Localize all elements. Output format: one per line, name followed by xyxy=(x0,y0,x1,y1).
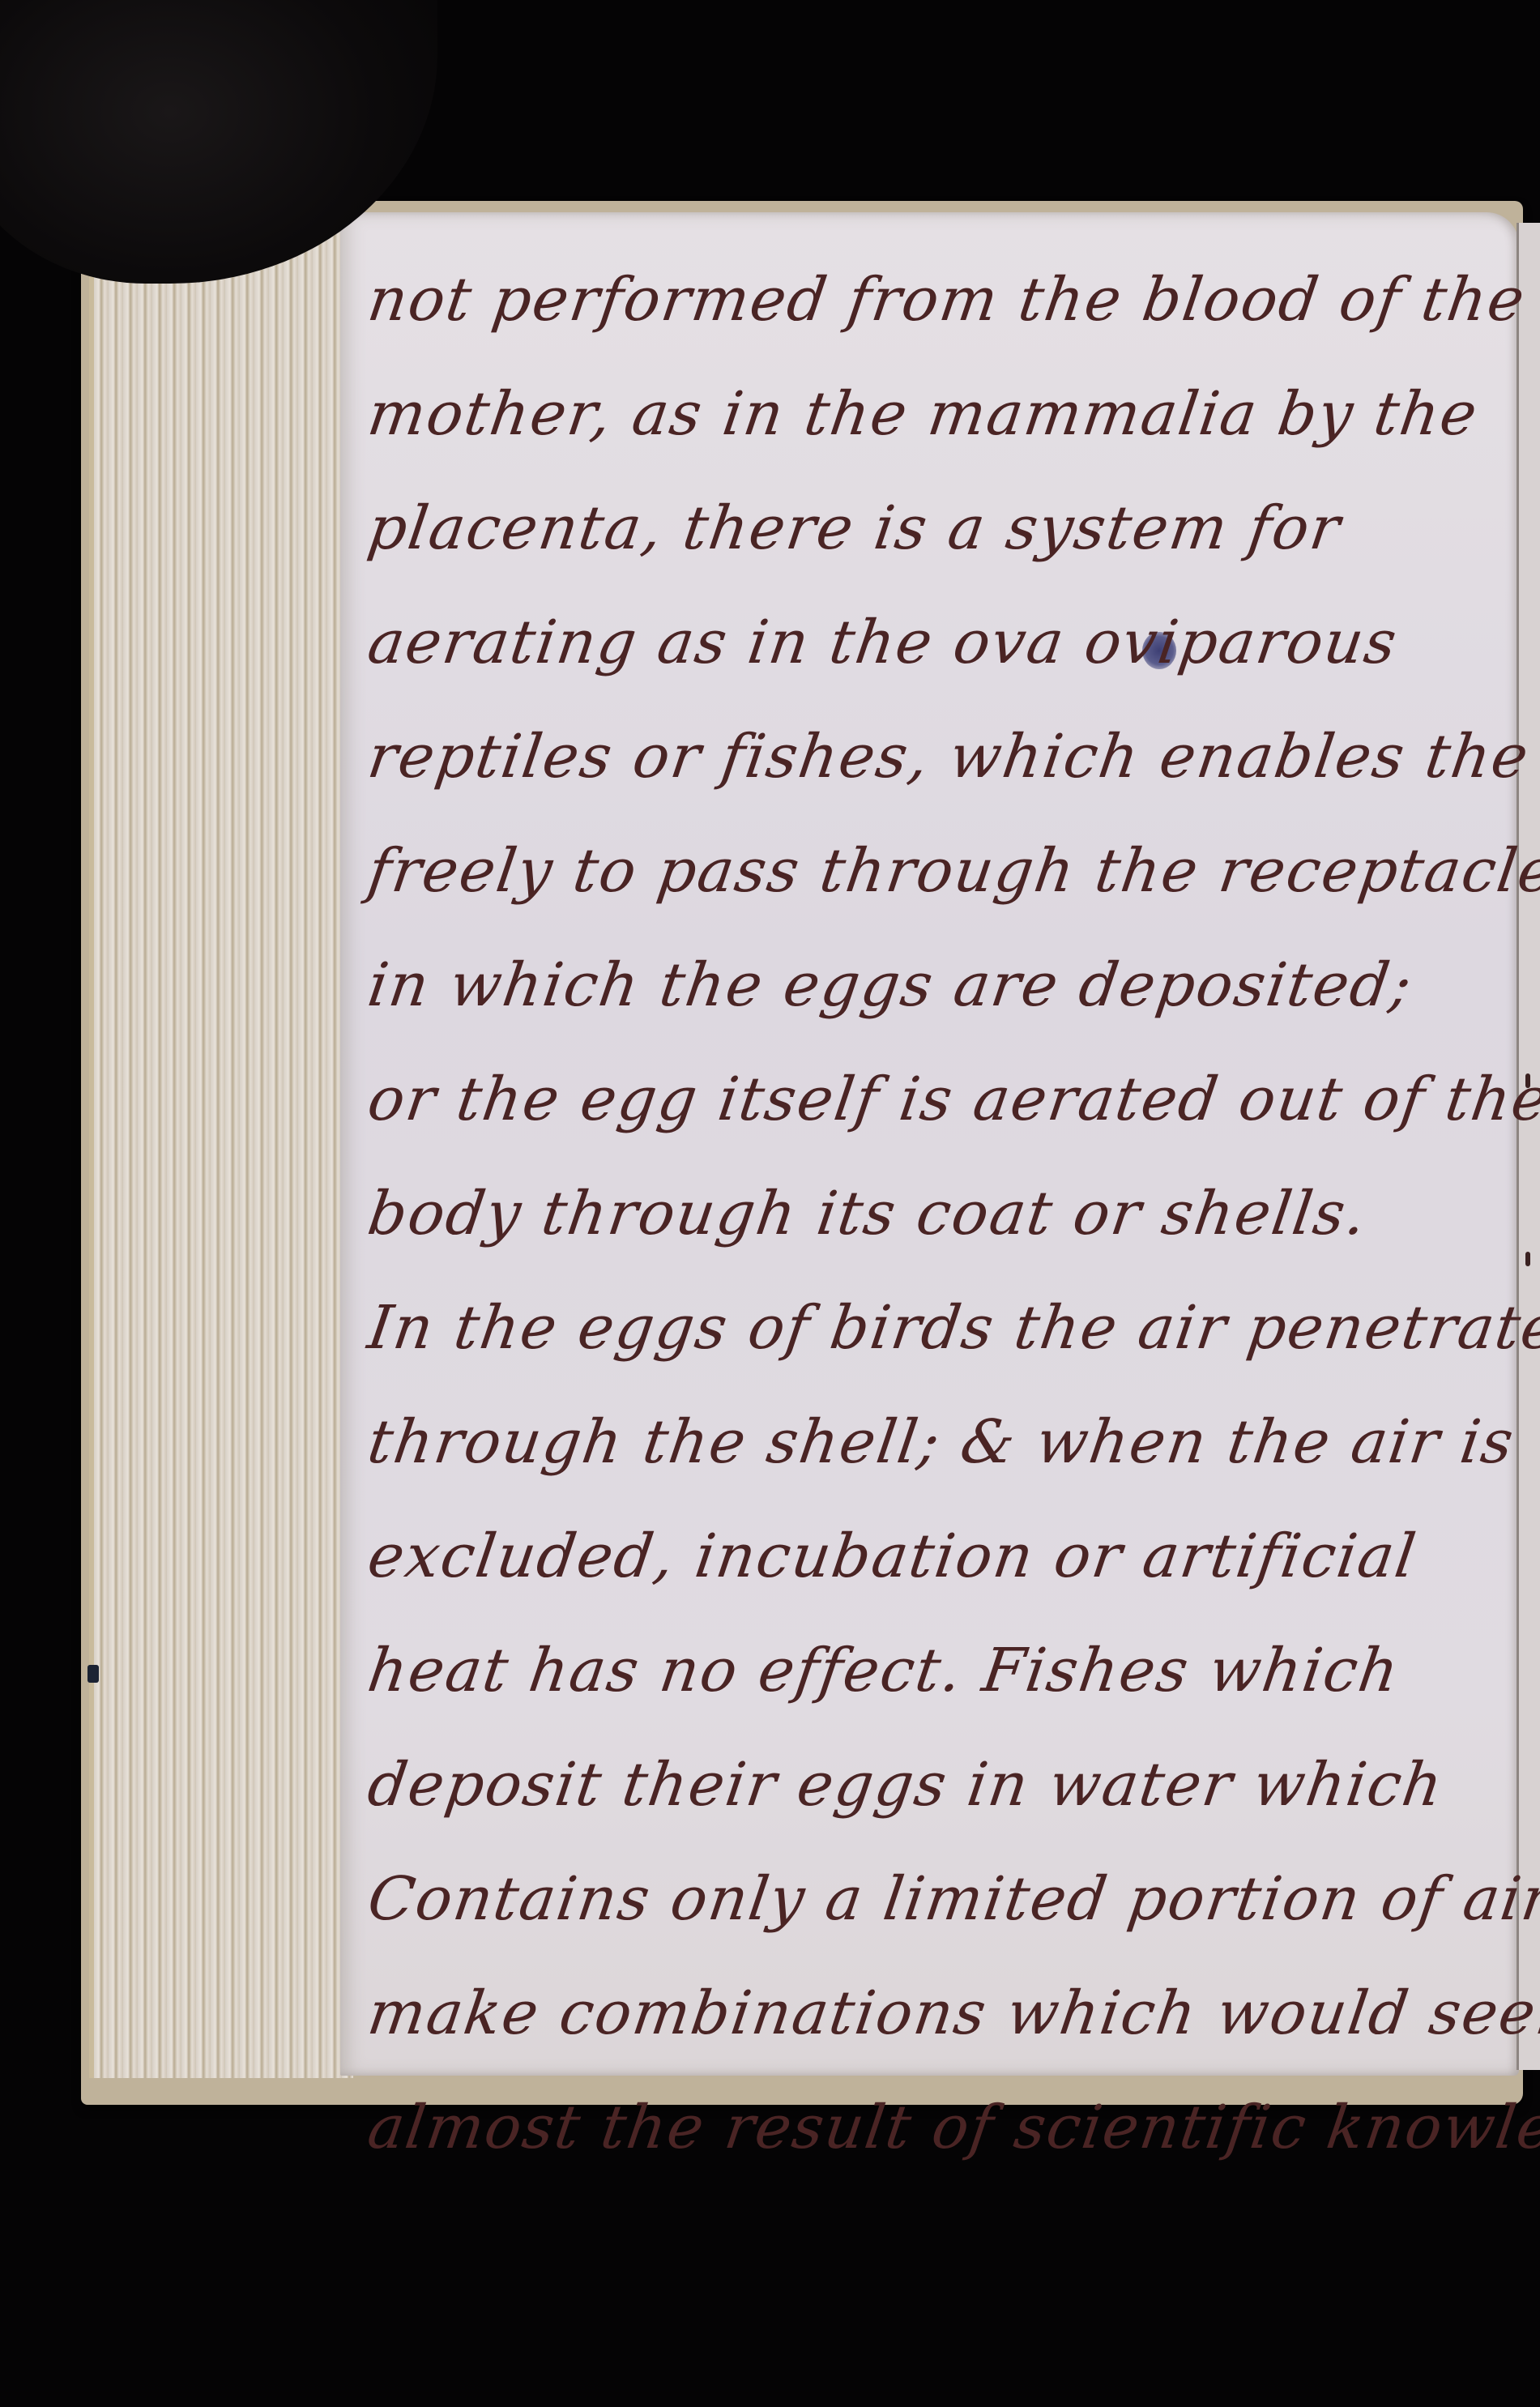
text-line: placenta, there is a system for xyxy=(360,472,1519,586)
text-line: In the eggs of birds the air penetrates xyxy=(360,1271,1519,1385)
handwritten-text: not performed from the blood of the moth… xyxy=(369,243,1511,2185)
text-line: reptiles or fishes, which enables the ai… xyxy=(360,700,1519,814)
text-line: body through its coat or shells. xyxy=(360,1157,1519,1271)
text-line: freely to pass through the receptacles xyxy=(360,814,1519,928)
text-line: excluded, incubation or artificial xyxy=(360,1500,1519,1614)
text-line: deposit their eggs in water which xyxy=(360,1728,1519,1842)
text-line: through the shell; & when the air is xyxy=(360,1385,1519,1500)
page-marker-tab xyxy=(87,1665,99,1683)
text-line: or the egg itself is aerated out of the xyxy=(360,1043,1519,1157)
facing-page-edge xyxy=(1517,223,1540,2070)
text-line: mother, as in the mammalia by the xyxy=(360,357,1519,472)
text-line: aerating as in the ova oviparous xyxy=(360,586,1519,700)
ink-mark xyxy=(1525,1252,1530,1266)
page-edges-stack xyxy=(89,211,353,2078)
text-line: Contains only a limited portion of air xyxy=(360,1842,1519,1957)
text-line: make combinations which would seem xyxy=(360,1957,1519,2071)
text-line: almost the result of scientific knowledg… xyxy=(360,2071,1519,2185)
text-line: in which the eggs are deposited; xyxy=(360,928,1519,1043)
text-line: heat has no effect. Fishes which xyxy=(360,1614,1519,1728)
text-line: not performed from the blood of the xyxy=(360,243,1519,357)
